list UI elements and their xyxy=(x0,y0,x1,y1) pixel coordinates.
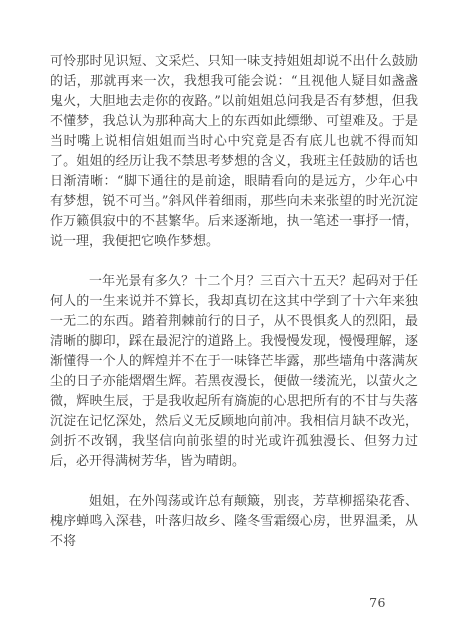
body-text: 可怜那时见识短、文采烂、只知一味支持姐姐却说不出什么鼓励的话，那就再来一次，我想… xyxy=(50,52,418,572)
page-number: 76 xyxy=(369,595,386,610)
paragraph: 姐姐，在外闯荡或许总有颠簸，别丧，芳草柳摇染花香、槐序蝉鸣入深巷，叶落归故乡、隆… xyxy=(50,492,418,552)
paragraph: 一年光景有多久？十二个月？三百六十五天？起码对于任何人的一生来说并不算长，我却真… xyxy=(50,272,418,472)
document-page: 可怜那时见识短、文采烂、只知一味支持姐姐却说不出什么鼓励的话，那就再来一次，我想… xyxy=(0,0,450,640)
paragraph: 可怜那时见识短、文采烂、只知一味支持姐姐却说不出什么鼓励的话，那就再来一次，我想… xyxy=(50,52,418,252)
